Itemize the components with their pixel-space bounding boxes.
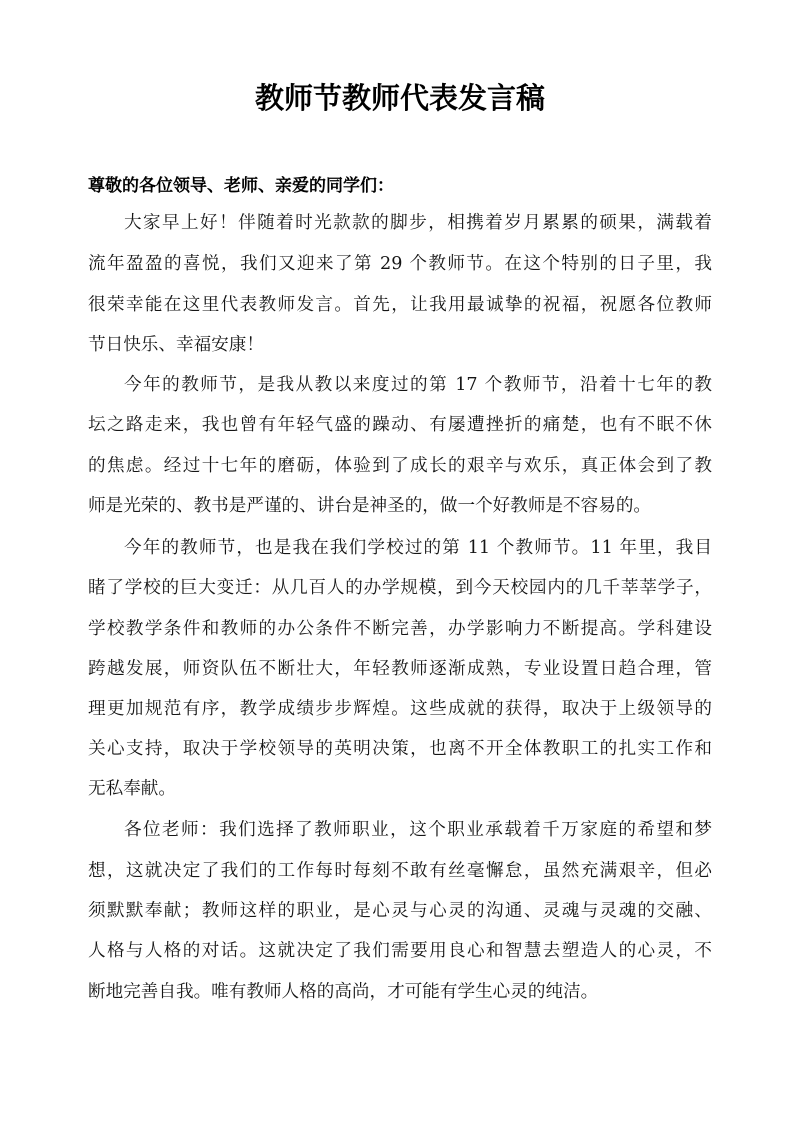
paragraph-line: 关心支持，取决于学校领导的英明决策，也离不开全体教职工的扎实工作和 <box>88 737 712 761</box>
paragraph-line: 节日快乐、幸福安康！ <box>88 333 712 357</box>
paragraph-line: 大家早上好！伴随着时光款款的脚步，相携着岁月累累的硕果，满载着 <box>124 211 712 235</box>
paragraph-line: 理更加规范有序，教学成绩步步辉煌。这些成就的获得，取决于上级领导的 <box>88 697 712 721</box>
paragraph-line: 师是光荣的、教书是严谨的、讲台是神圣的，做一个好教师是不容易的。 <box>88 494 712 518</box>
paragraph-line: 流年盈盈的喜悦，我们又迎来了第 29 个教师节。在这个特别的日子里，我 <box>88 252 712 276</box>
paragraph-line: 坛之路走来，我也曾有年轻气盛的躁动、有屡遭挫折的痛楚，也有不眠不休 <box>88 413 712 437</box>
paragraph-line: 很荣幸能在这里代表教师发言。首先，让我用最诚挚的祝福，祝愿各位教师 <box>88 293 712 317</box>
paragraph-line: 想，这就决定了我们的工作每时每刻不敢有丝毫懈怠，虽然充满艰辛，但必 <box>88 859 712 883</box>
paragraph-line: 须默默奉献；教师这样的职业，是心灵与心灵的沟通、灵魂与灵魂的交融、 <box>88 899 712 923</box>
paragraph-line: 无私奉献。 <box>88 777 712 801</box>
paragraph-line: 断地完善自我。唯有教师人格的高尚，才可能有学生心灵的纯洁。 <box>88 980 712 1004</box>
salutation: 尊敬的各位领导、老师、亲爱的同学们： <box>88 174 712 198</box>
paragraph-line: 学校教学条件和教师的办公条件不断完善，办学影响力不断提高。学科建设 <box>88 617 712 641</box>
paragraph-line: 跨越发展，师资队伍不断壮大，年轻教师逐渐成熟，专业设置日趋合理，管 <box>88 657 712 681</box>
paragraph-line: 今年的教师节，也是我在我们学校过的第 11 个教师节。11 年里，我目 <box>124 536 712 560</box>
paragraph-line: 的焦虑。经过十七年的磨砺，体验到了成长的艰辛与欢乐，真正体会到了教 <box>88 454 712 478</box>
paragraph-line: 人格与人格的对话。这就决定了我们需要用良心和智慧去塑造人的心灵，不 <box>88 939 712 963</box>
paragraph-line: 睹了学校的巨大变迁：从几百人的办学规模，到今天校园内的几千莘莘学子， <box>88 576 712 600</box>
document-title: 教师节教师代表发言稿 <box>0 80 800 116</box>
paragraph-line: 今年的教师节，是我从教以来度过的第 17 个教师节，沿着十七年的教 <box>124 373 712 397</box>
document-page: 教师节教师代表发言稿 尊敬的各位领导、老师、亲爱的同学们： 大家早上好！伴随着时… <box>0 0 800 1132</box>
paragraph-line: 各位老师：我们选择了教师职业，这个职业承载着千万家庭的希望和梦 <box>124 818 712 842</box>
